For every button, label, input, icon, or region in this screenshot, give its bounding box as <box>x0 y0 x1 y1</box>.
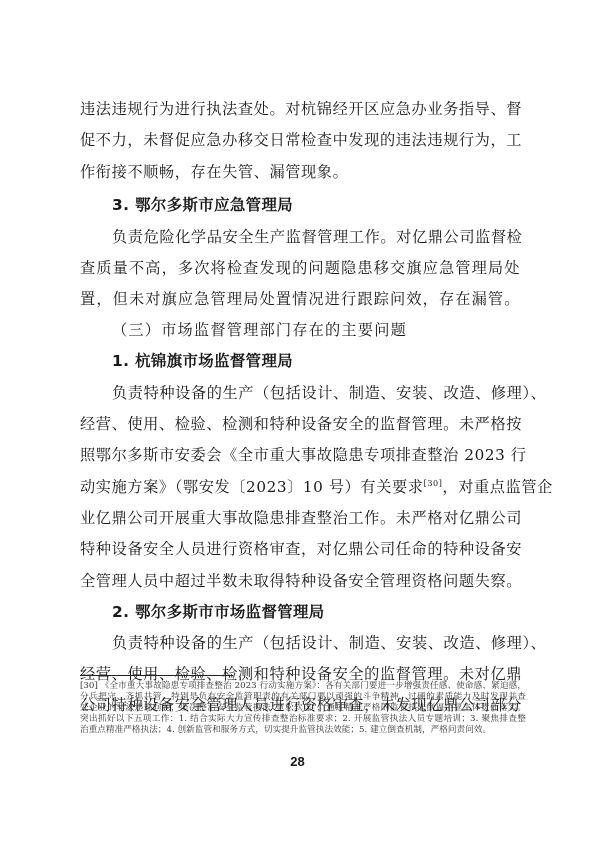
body-line: 负责危险化学品安全生产监督管理工作。对亿鼎公司监督检 <box>112 227 520 247</box>
part-heading: （三）市场监督管理部门存在的主要问题 <box>112 320 520 340</box>
section-heading: 2. 鄂尔多斯市市场监督管理局 <box>112 602 520 622</box>
body-line: 负责特种设备的生产（包括设计、制造、安装、改造、修理）、 <box>112 633 520 653</box>
body-line: 置，但未对旗应急管理局处置情况进行跟踪问效，存在漏管。 <box>80 289 520 309</box>
body-line: 经营、使用、检验、检测和特种设备安全的监督管理。未严格按 <box>80 414 520 434</box>
section-heading: 3. 鄂尔多斯市应急管理局 <box>112 195 520 215</box>
body-line: 特种设备安全人员进行资格审查，对亿鼎公司任命的特种设备安 <box>80 539 520 559</box>
body-line: 查质量不高，多次将检查发现的问题隐患移交旗应急管理局处 <box>80 258 520 278</box>
body-line: 违法违规行为进行执法查处。对杭锦经开区应急办业务指导、督 <box>80 99 520 119</box>
body-line: 全管理人员中超过半数未取得特种设备安全管理资格问题失察。 <box>80 571 520 591</box>
section-heading: 1. 杭锦旗市场监督管理局 <box>112 351 520 371</box>
footnote-line: 分兵把守、齐抓共管，特别是负有安全监管职责的有关部门要以顽强的斗争精神、过硬的素… <box>80 692 526 703</box>
footnote-line: 治重点精准严格执法；4. 创新监管和服务方式，切实提升监管执法效能；5. 建立倒… <box>80 725 526 736</box>
body-line: 业亿鼎公司开展重大事故隐患排查整治工作。未严格对亿鼎公司 <box>80 508 520 528</box>
footnote-reference[interactable]: [30] <box>424 479 443 488</box>
body-line: 促不力，未督促应急办移交日常检查中发现的违法违规行为，工 <box>80 130 520 150</box>
body-text: 动实施方案》（鄂安发〔2023〕10 号）有关要求 <box>80 478 424 496</box>
page-number: 28 <box>0 754 595 769</box>
body-line: 作衔接不顺畅，存在失管、漏管现象。 <box>80 162 520 182</box>
body-line: 照鄂尔多斯市安委会《全市重大事故隐患专项排查整治 2023 行 <box>80 445 520 465</box>
body-line: 负责特种设备的生产（包括设计、制造、安装、改造、修理）、 <box>112 383 520 403</box>
body-text: ，对重点监管企 <box>442 478 553 496</box>
footnote-line: 处企业的非法违规问题，坚决整治安全监管执法“宽松软虚”，通过精准严格的监管执法倒… <box>80 703 526 714</box>
footnote-divider <box>80 675 233 676</box>
footnote-line: [30] 《全市重大事故隐患专项排查整治 2023 行动实施方案》：各有关部门要… <box>80 681 526 692</box>
body-line-with-footnote: 动实施方案》（鄂安发〔2023〕10 号）有关要求[30]，对重点监管企 <box>80 477 520 497</box>
footnote-line: 突出抓好以下五项工作：1. 结合实际大力宣传排查整治标准要求；2. 开展监管执法… <box>80 714 526 725</box>
